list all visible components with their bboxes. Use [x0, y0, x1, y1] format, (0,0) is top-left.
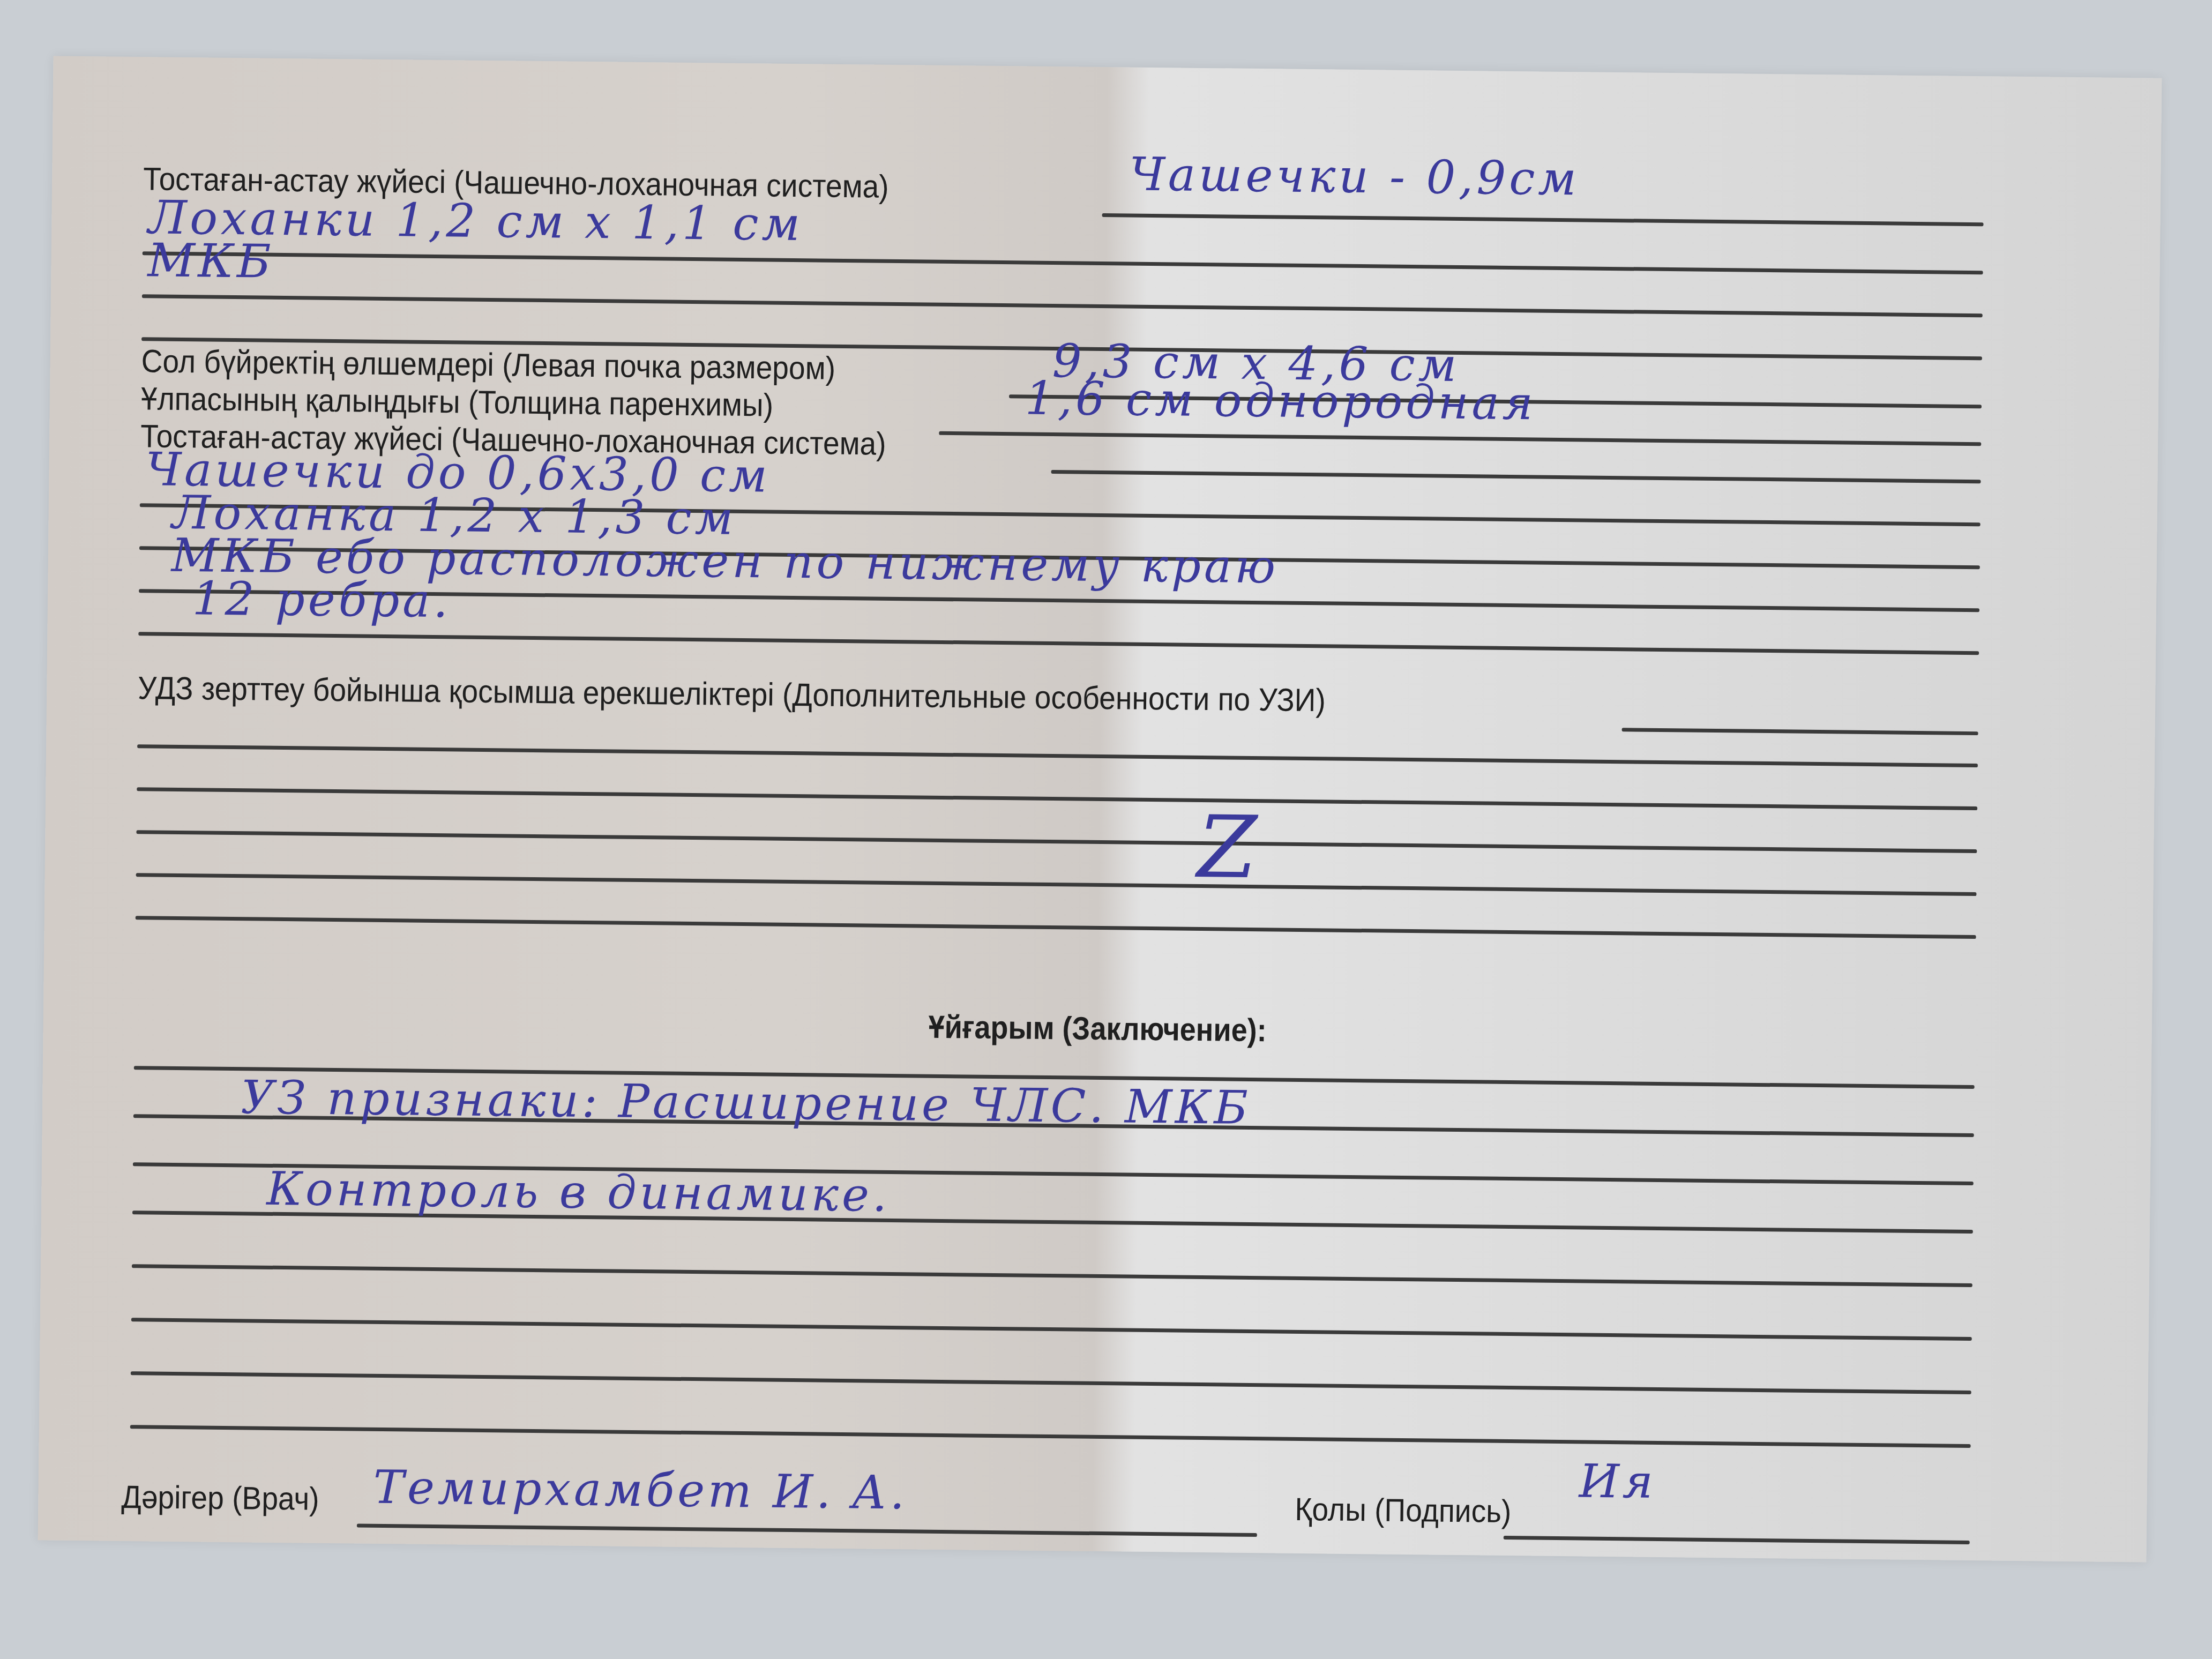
left-pcs-rib: 12 ребра.: [192, 572, 451, 628]
underline: [136, 916, 1976, 939]
right-pcs-mkb: МКБ: [147, 234, 274, 288]
report-form-sheet: Тостаған-астау жүйесі (Чашечно-лоханочна…: [38, 56, 2162, 1562]
right-pcs-calyces: Чашечки - 0,9см: [1129, 148, 1580, 206]
z-strike-mark: Z: [1197, 797, 1257, 898]
signature: Ия: [1579, 1454, 1656, 1509]
signature-label: Қолы (Подпись): [1295, 1491, 1512, 1530]
underline: [130, 1425, 1971, 1448]
underline: [1504, 1536, 1970, 1544]
doctor-label: Дәрігер (Врач): [121, 1478, 319, 1518]
underline: [138, 632, 1979, 655]
doctor-name: Темирхамбет И. А.: [373, 1461, 908, 1520]
underline: [357, 1524, 1257, 1537]
doctor-row: Дәрігер (Врач) Темирхамбет И. А. Қолы (П…: [121, 1466, 1970, 1544]
